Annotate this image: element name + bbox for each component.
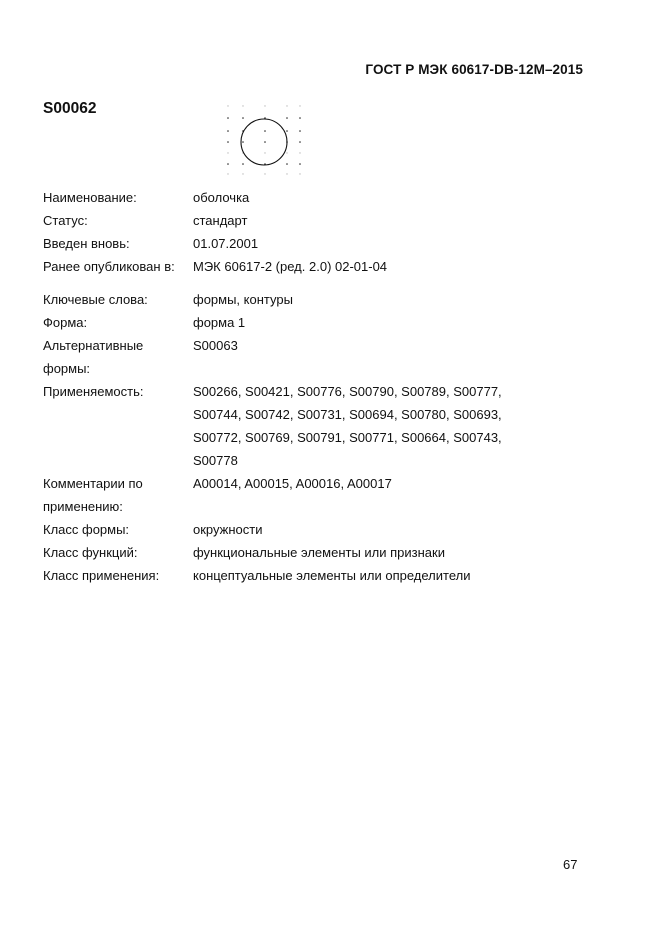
field-label: Класс формы: — [43, 518, 193, 541]
symbol-id: S00062 — [43, 100, 96, 118]
document-standard-header: ГОСТ Р МЭК 60617-DB-12M–2015 — [365, 62, 583, 77]
field-value: S00266, S00421, S00776, S00790, S00789, … — [193, 380, 603, 472]
field-value: окружности — [193, 518, 603, 541]
field-value: 01.07.2001 — [193, 232, 603, 255]
field-status: Статус: стандарт — [43, 209, 603, 232]
field-shape-class: Класс формы: окружности — [43, 518, 603, 541]
field-value: форма 1 — [193, 311, 603, 334]
field-label: Статус: — [43, 209, 193, 232]
field-label: Введен вновь: — [43, 232, 193, 255]
field-value: МЭК 60617-2 (ред. 2.0) 02-01-04 — [193, 255, 603, 278]
field-introduced: Введен вновь: 01.07.2001 — [43, 232, 603, 255]
field-value: S00063 — [193, 334, 603, 380]
page-number: 67 — [563, 857, 577, 872]
field-application-notes: Комментарии по применению: A00014, A0001… — [43, 472, 603, 518]
field-value: функциональные элементы или признаки — [193, 541, 603, 564]
field-label: Ранее опубликован в: — [43, 255, 193, 278]
field-applicability: Применяемость: S00266, S00421, S00776, S… — [43, 380, 603, 472]
field-name: Наименование: оболочка — [43, 186, 603, 209]
field-label: Применяемость: — [43, 380, 193, 472]
symbol-attributes: Наименование: оболочка Статус: стандарт … — [43, 186, 603, 587]
field-value: концептуальные элементы или определители — [193, 564, 603, 587]
field-application-class: Класс применения: концептуальные элемент… — [43, 564, 603, 587]
field-label: Комментарии по применению: — [43, 472, 193, 518]
field-label: Альтернативные формы: — [43, 334, 193, 380]
field-value: оболочка — [193, 186, 603, 209]
field-value: формы, контуры — [193, 288, 603, 311]
field-keywords: Ключевые слова: формы, контуры — [43, 288, 603, 311]
field-value: A00014, A00015, A00016, A00017 — [193, 472, 603, 518]
field-previously-published: Ранее опубликован в: МЭК 60617-2 (ред. 2… — [43, 255, 603, 278]
field-label: Форма: — [43, 311, 193, 334]
field-value: стандарт — [193, 209, 603, 232]
circle-on-grid-icon — [222, 100, 312, 175]
field-label: Класс применения: — [43, 564, 193, 587]
field-form: Форма: форма 1 — [43, 311, 603, 334]
field-alternative-forms: Альтернативные формы: S00063 — [43, 334, 603, 380]
field-label: Наименование: — [43, 186, 193, 209]
field-label: Класс функций: — [43, 541, 193, 564]
field-label: Ключевые слова: — [43, 288, 193, 311]
field-function-class: Класс функций: функциональные элементы и… — [43, 541, 603, 564]
